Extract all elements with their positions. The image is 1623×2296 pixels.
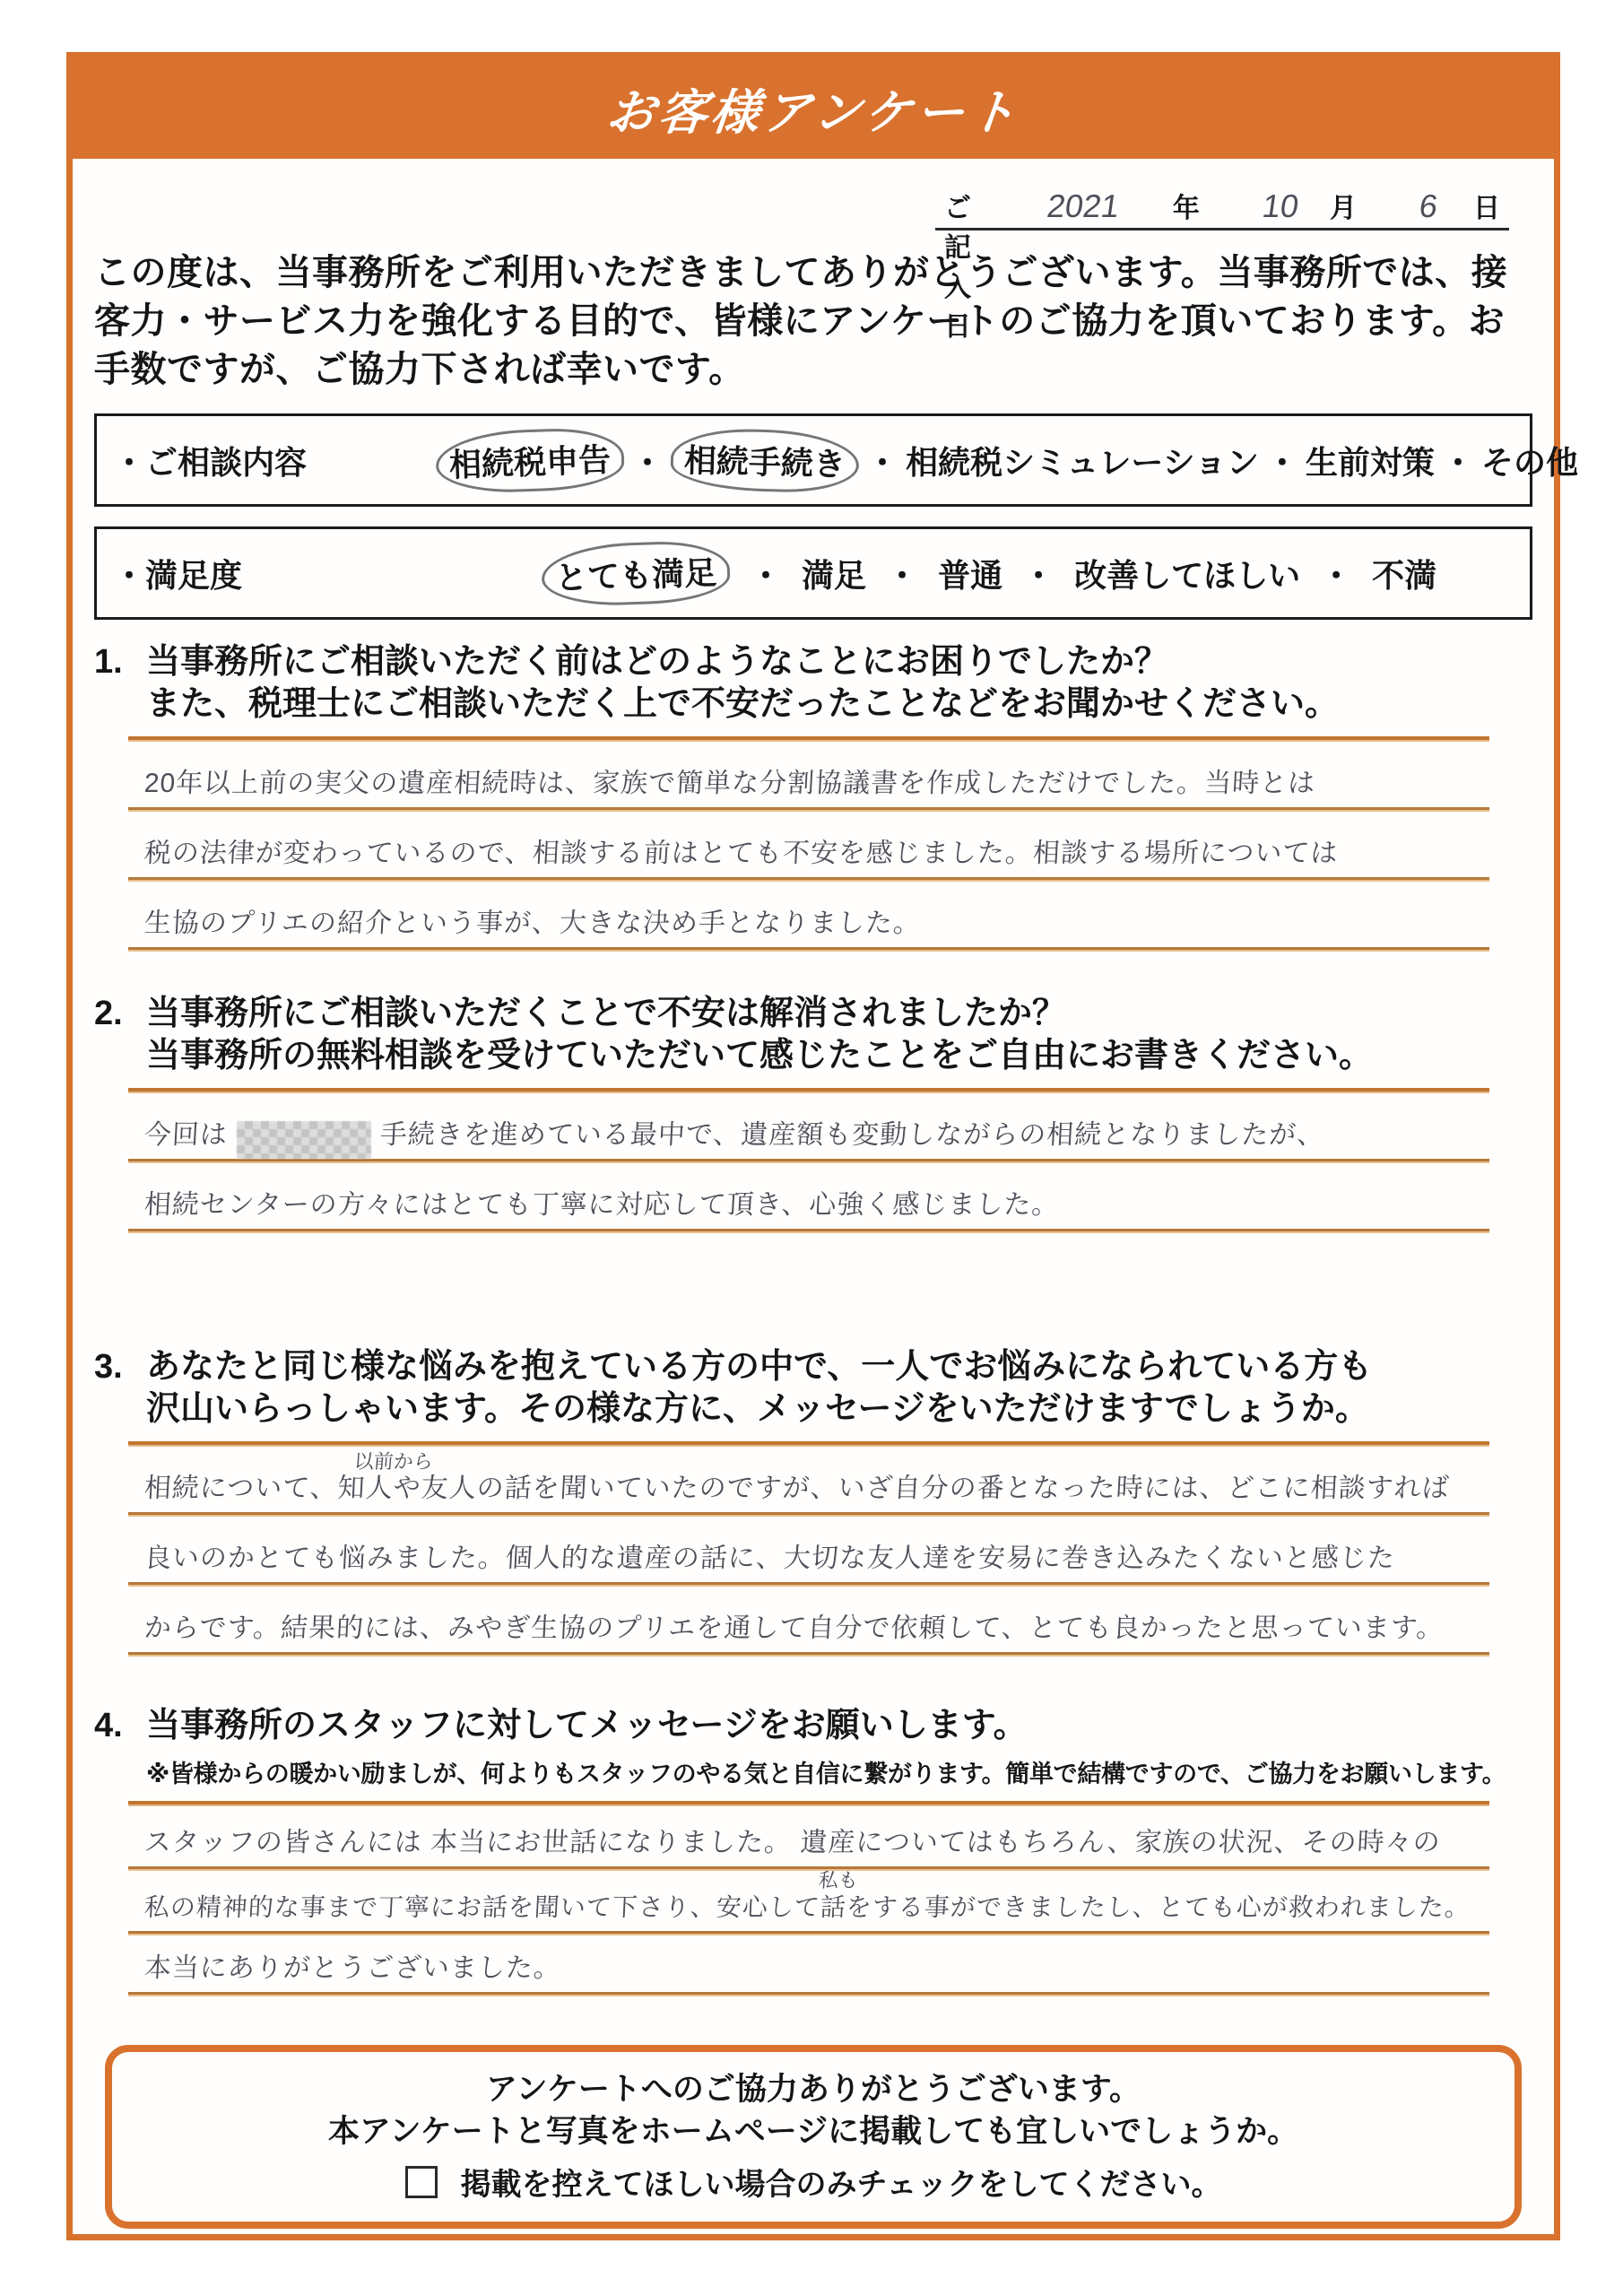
- footer-consent-box: アンケートへのご協力ありがとうございます。 本アンケートと写真をホームページに掲…: [105, 2045, 1522, 2229]
- handwritten-answer: 生協のプリエの紹介という事が、大きな決め手となりました。: [143, 900, 923, 940]
- decline-publication-row: 掲載を控えてほしい場合のみチェックをしてください。: [130, 2160, 1497, 2204]
- handwritten-answer: 税の法律が変わっているので、相談する前はとても不安を感じました。相談する場所につ…: [143, 831, 1340, 870]
- satisfaction-label: ・満足度: [113, 551, 436, 596]
- footer-thanks-line: アンケートへのご協力ありがとうございます。: [130, 2068, 1497, 2110]
- decline-publication-label: 掲載を控えてほしい場合のみチェックをしてください。: [461, 2160, 1222, 2204]
- option-separator: ・: [1022, 551, 1055, 596]
- handwritten-answer: 20年以上前の実父の遺産相続時は、家族で簡単な分割協議書を作成しただけでした。当…: [143, 761, 1317, 800]
- option-separator: ・: [866, 438, 898, 483]
- handwritten-answer: 私の精神的な事まで丁寧にお話を聞いて下さり、安心して話をする事ができましたし、と…: [143, 1888, 1471, 1924]
- question-4-line-1: 当事務所のスタッフに対してメッセージをお願いします。: [146, 1705, 1028, 1747]
- option-totemo-manzoku-circled: とても満足: [541, 539, 731, 607]
- question-1-text: 当事務所にご相談いただく前はどのようなことにお困りでしたか？ また、税理士にご相…: [146, 641, 1339, 726]
- satisfaction-options: とても満足 ・ 満足 ・ 普通 ・ 改善してほしい ・ 不満: [542, 543, 1436, 604]
- question-2-line-2: 当事務所の無料相談を受けていただいて感じたことをご自由にお書きください。: [146, 1035, 1373, 1077]
- handwritten-answer: 良いのかとても悩みました。個人的な遺産の話に、大切な友人達を安易に巻き込みたくな…: [143, 1535, 1396, 1575]
- answer-line: 生協のプリエの紹介という事が、大きな決め手となりました。: [128, 880, 1489, 950]
- answer-line: 20年以上前の実父の遺産相続時は、家族で簡単な分割協議書を作成しただけでした。当…: [128, 740, 1489, 810]
- date-row: ご記入日 2021 年 10 月 6 日: [94, 186, 1532, 230]
- option-separator: ・: [1442, 438, 1474, 483]
- question-4-text: 当事務所のスタッフに対してメッセージをお願いします。: [146, 1705, 1028, 1747]
- answer-line: 今回は 手続きを進めている最中で、遺産額も変動しながらの相続となりましたが、: [128, 1091, 1489, 1161]
- question-2-text: 当事務所にご相談いただくことで不安は解消されましたか？ 当事務所の無料相談を受け…: [146, 993, 1373, 1077]
- option-fuman: 不満: [1372, 551, 1436, 596]
- answer-line: 本当にありがとうございました。: [128, 1934, 1489, 1995]
- handwritten-answer: 相続センターの方々にはとても丁寧に対応して頂き、心強く感じました。: [143, 1182, 1061, 1222]
- option-separator: ・: [631, 438, 664, 483]
- satisfaction-box: ・満足度 とても満足 ・ 満足 ・ 普通 ・ 改善してほしい ・ 不満: [94, 526, 1532, 620]
- question-2-heading: 2. 当事務所にご相談いただくことで不安は解消されましたか？ 当事務所の無料相談…: [94, 993, 1532, 1077]
- question-3-heading: 3. あなたと同じ様な悩みを抱えている方の中で、一人でお悩みになられている方も …: [94, 1346, 1532, 1431]
- footer-consent-question: 本アンケートと写真をホームページに掲載しても宜しいでしょうか。: [130, 2110, 1497, 2152]
- handwritten-answer: 本当にありがとうございました。: [143, 1945, 562, 1985]
- date-day-handwritten: 6: [1417, 187, 1440, 225]
- option-kaizen: 改善してほしい: [1074, 551, 1300, 596]
- date-month-handwritten: 10: [1260, 187, 1301, 225]
- date-year-handwritten: 2021: [1045, 187, 1122, 225]
- date-year-unit: 年: [1173, 186, 1200, 225]
- answer-line: 良いのかとても悩みました。個人的な遺産の話に、大切な友人達を安易に巻き込みたくな…: [128, 1515, 1489, 1585]
- question-4-heading: 4. 当事務所のスタッフに対してメッセージをお願いします。: [94, 1705, 1532, 1747]
- date-entry-line: ご記入日 2021 年 10 月 6 日: [935, 186, 1509, 230]
- handwritten-answer: 相続について、知人や友人の話を聞いていたのですが、いざ自分の番となった時には、ど…: [143, 1465, 1451, 1505]
- question-4-answers: スタッフの皆さんには 本当にお世話になりました。 遺産についてはもちろん、家族の…: [128, 1805, 1489, 1995]
- question-1-line-2: また、税理士にご相談いただく上で不安だったことなどをお聞かせください。: [146, 683, 1339, 726]
- date-day-unit: 日: [1473, 186, 1500, 225]
- question-1-answers: 20年以上前の実父の遺産相続時は、家族で簡単な分割協議書を作成しただけでした。当…: [128, 740, 1489, 950]
- question-2-line-1: 当事務所にご相談いただくことで不安は解消されましたか？: [146, 993, 1373, 1035]
- option-separator: ・: [1266, 438, 1298, 483]
- header-banner: お客様アンケート: [73, 58, 1554, 159]
- question-3-line-2: 沢山いらっしゃいます。その様な方に、メッセージをいただけますでしょうか。: [146, 1388, 1372, 1431]
- handwritten-answer: 手続きを進めている最中で、遺産額も変動しながらの相続となりましたが、: [379, 1112, 1326, 1152]
- question-2-number: 2.: [94, 993, 146, 1077]
- consultation-type-box: ・ご相談内容 相続税申告 ・ 相続手続き ・ 相続税シミュレーション ・ 生前対…: [94, 413, 1532, 507]
- page-title: お客様アンケート: [603, 74, 1024, 143]
- intro-paragraph: この度は、当事務所をご利用いただきましてありがとうございます。当事務所では、接客…: [94, 248, 1532, 394]
- option-seizen-taisaku: 生前対策: [1306, 438, 1435, 483]
- date-month-unit: 月: [1330, 186, 1357, 225]
- decline-publication-checkbox: [405, 2166, 438, 2198]
- option-manzoku: 満足: [802, 551, 866, 596]
- answer-line: 私も 私の精神的な事まで丁寧にお話を聞いて下さり、安心して話をする事ができました…: [128, 1869, 1489, 1934]
- option-separator: ・: [886, 551, 918, 596]
- survey-page: お客様アンケート ご記入日 2021 年 10 月 6 日 この度は、当事務所を…: [66, 52, 1560, 2240]
- question-4-number: 4.: [94, 1705, 146, 1747]
- option-separator: ・: [1320, 551, 1352, 596]
- question-2-answers: 今回は 手続きを進めている最中で、遺産額も変動しながらの相続となりましたが、 相…: [128, 1091, 1489, 1231]
- question-3-text: あなたと同じ様な悩みを抱えている方の中で、一人でお悩みになられている方も 沢山い…: [146, 1346, 1372, 1431]
- question-3-answers: 以前から 相続について、知人や友人の話を聞いていたのですが、いざ自分の番となった…: [128, 1445, 1489, 1655]
- option-souzokuzei-shinkoku-circled: 相続税申告: [435, 426, 625, 494]
- page-content: ご記入日 2021 年 10 月 6 日 この度は、当事務所をご利用いただきまし…: [73, 186, 1554, 2229]
- question-3-number: 3.: [94, 1346, 146, 1431]
- question-1-line-1: 当事務所にご相談いただく前はどのようなことにお困りでしたか？: [146, 641, 1339, 683]
- handwritten-answer: スタッフの皆さんには 本当にお世話になりました。 遺産についてはもちろん、家族の…: [143, 1820, 1442, 1859]
- answer-line: 以前から 相続について、知人や友人の話を聞いていたのですが、いざ自分の番となった…: [128, 1445, 1489, 1515]
- option-sonota: その他: [1481, 438, 1578, 483]
- answer-line: スタッフの皆さんには 本当にお世話になりました。 遺産についてはもちろん、家族の…: [128, 1805, 1489, 1869]
- question-3-line-1: あなたと同じ様な悩みを抱えている方の中で、一人でお悩みになられている方も: [146, 1346, 1372, 1388]
- option-futsuu: 普通: [938, 551, 1002, 596]
- option-souzokuzei-simulation: 相続税シミュレーション: [906, 438, 1259, 483]
- redacted-pixelated-region: [237, 1121, 371, 1159]
- option-souzoku-tetsuzuki-circled: 相続手続き: [670, 427, 860, 493]
- question-4-note: ※皆様からの暖かい励ましが、何よりもスタッフのやる気と自信に繋がります。簡単で結…: [94, 1758, 1532, 1790]
- consultation-type-label: ・ご相談内容: [113, 438, 436, 483]
- consultation-options: 相続税申告 ・ 相続手続き ・ 相続税シミュレーション ・ 生前対策 ・ その他: [436, 430, 1578, 491]
- answer-line: からです。結果的には、みやぎ生協のプリエを通して自分で依頼して、とても良かったと…: [128, 1585, 1489, 1655]
- option-separator: ・: [750, 551, 782, 596]
- question-1-heading: 1. 当事務所にご相談いただく前はどのようなことにお困りでしたか？ また、税理士…: [94, 641, 1532, 726]
- question-1-number: 1.: [94, 641, 146, 726]
- handwritten-answer: 今回は: [143, 1112, 229, 1152]
- answer-line: 相続センターの方々にはとても丁寧に対応して頂き、心強く感じました。: [128, 1161, 1489, 1231]
- answer-line: 税の法律が変わっているので、相談する前はとても不安を感じました。相談する場所につ…: [128, 810, 1489, 880]
- handwritten-answer: からです。結果的には、みやぎ生協のプリエを通して自分で依頼して、とても良かったと…: [143, 1605, 1445, 1645]
